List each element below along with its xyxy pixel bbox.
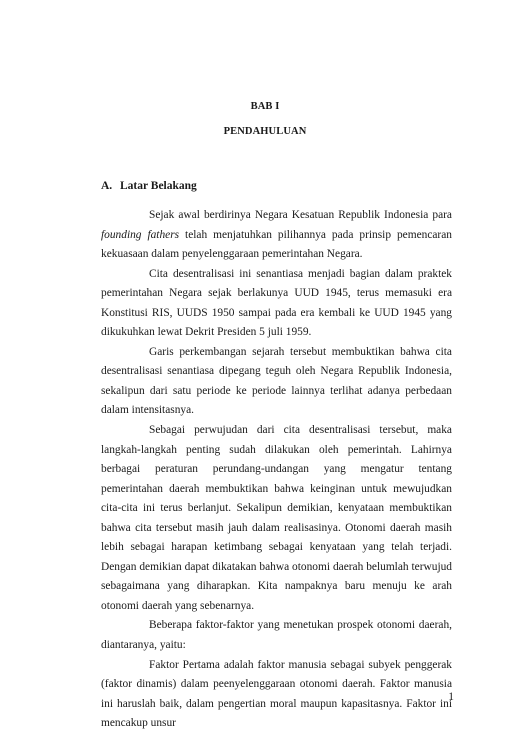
section-heading: A.Latar Belakang — [101, 180, 197, 192]
paragraph: Garis perkembangan sejarah tersebut memb… — [101, 343, 452, 421]
paragraph: Beberapa faktor-faktor yang menetukan pr… — [101, 616, 452, 655]
paragraph-text: Sejak awal berdirinya Negara Kesatuan Re… — [149, 209, 452, 221]
section-number: A. — [101, 180, 120, 192]
chapter-label: BAB I — [0, 101, 530, 112]
page-number: 1 — [446, 691, 454, 703]
paragraph: Faktor Pertama adalah faktor manusia seb… — [101, 656, 452, 734]
paragraph: Cita desentralisasi ini senantiasa menja… — [101, 265, 452, 343]
section-title: Latar Belakang — [120, 180, 197, 192]
paragraph: Sejak awal berdirinya Negara Kesatuan Re… — [101, 206, 452, 265]
paragraph: Sebagai perwujudan dari cita desentralis… — [101, 421, 452, 616]
document-page: BAB I PENDAHULUAN A.Latar Belakang Sejak… — [0, 0, 530, 750]
italic-term: founding fathers — [101, 229, 179, 241]
body-text: Sejak awal berdirinya Negara Kesatuan Re… — [101, 206, 452, 734]
chapter-title: PENDAHULUAN — [0, 126, 530, 137]
